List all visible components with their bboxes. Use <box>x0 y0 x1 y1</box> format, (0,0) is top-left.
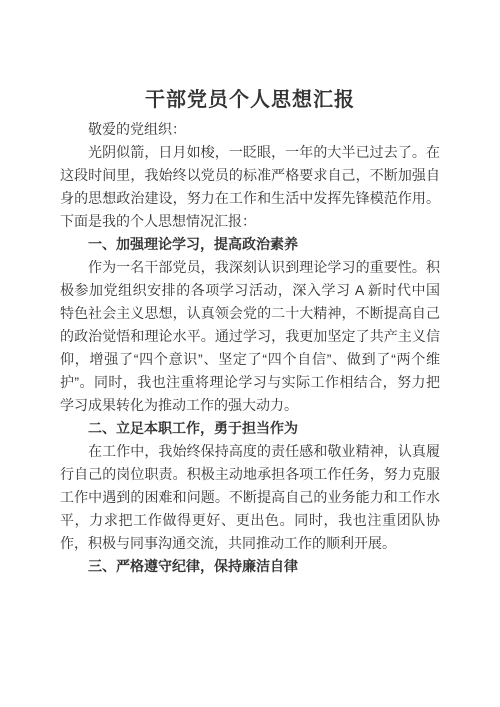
section-2-body: 在工作中，我始终保持高度的责任感和敬业精神，认真履行自己的岗位职责。积极主动地承… <box>60 440 440 555</box>
section-3-heading: 三、严格遵守纪律，保持廉洁自律 <box>60 555 440 578</box>
document-title: 干部党员个人思想汇报 <box>60 85 440 115</box>
section-2-heading: 二、立足本职工作，勇于担当作为 <box>60 417 440 440</box>
document-page: 干部党员个人思想汇报 敬爱的党组织： 光阴似箭，日月如梭，一眨眼，一年的大半已过… <box>60 0 440 578</box>
section-1-heading: 一、加强理论学习，提高政治素养 <box>60 233 440 256</box>
section-1-body: 作为一名干部党员，我深刻认识到理论学习的重要性。积极参加党组织安排的各项学习活动… <box>60 256 440 417</box>
intro-paragraph: 光阴似箭，日月如梭，一眨眼，一年的大半已过去了。在这段时间里，我始终以党员的标准… <box>60 141 440 233</box>
salutation-line: 敬爱的党组织： <box>60 118 440 141</box>
